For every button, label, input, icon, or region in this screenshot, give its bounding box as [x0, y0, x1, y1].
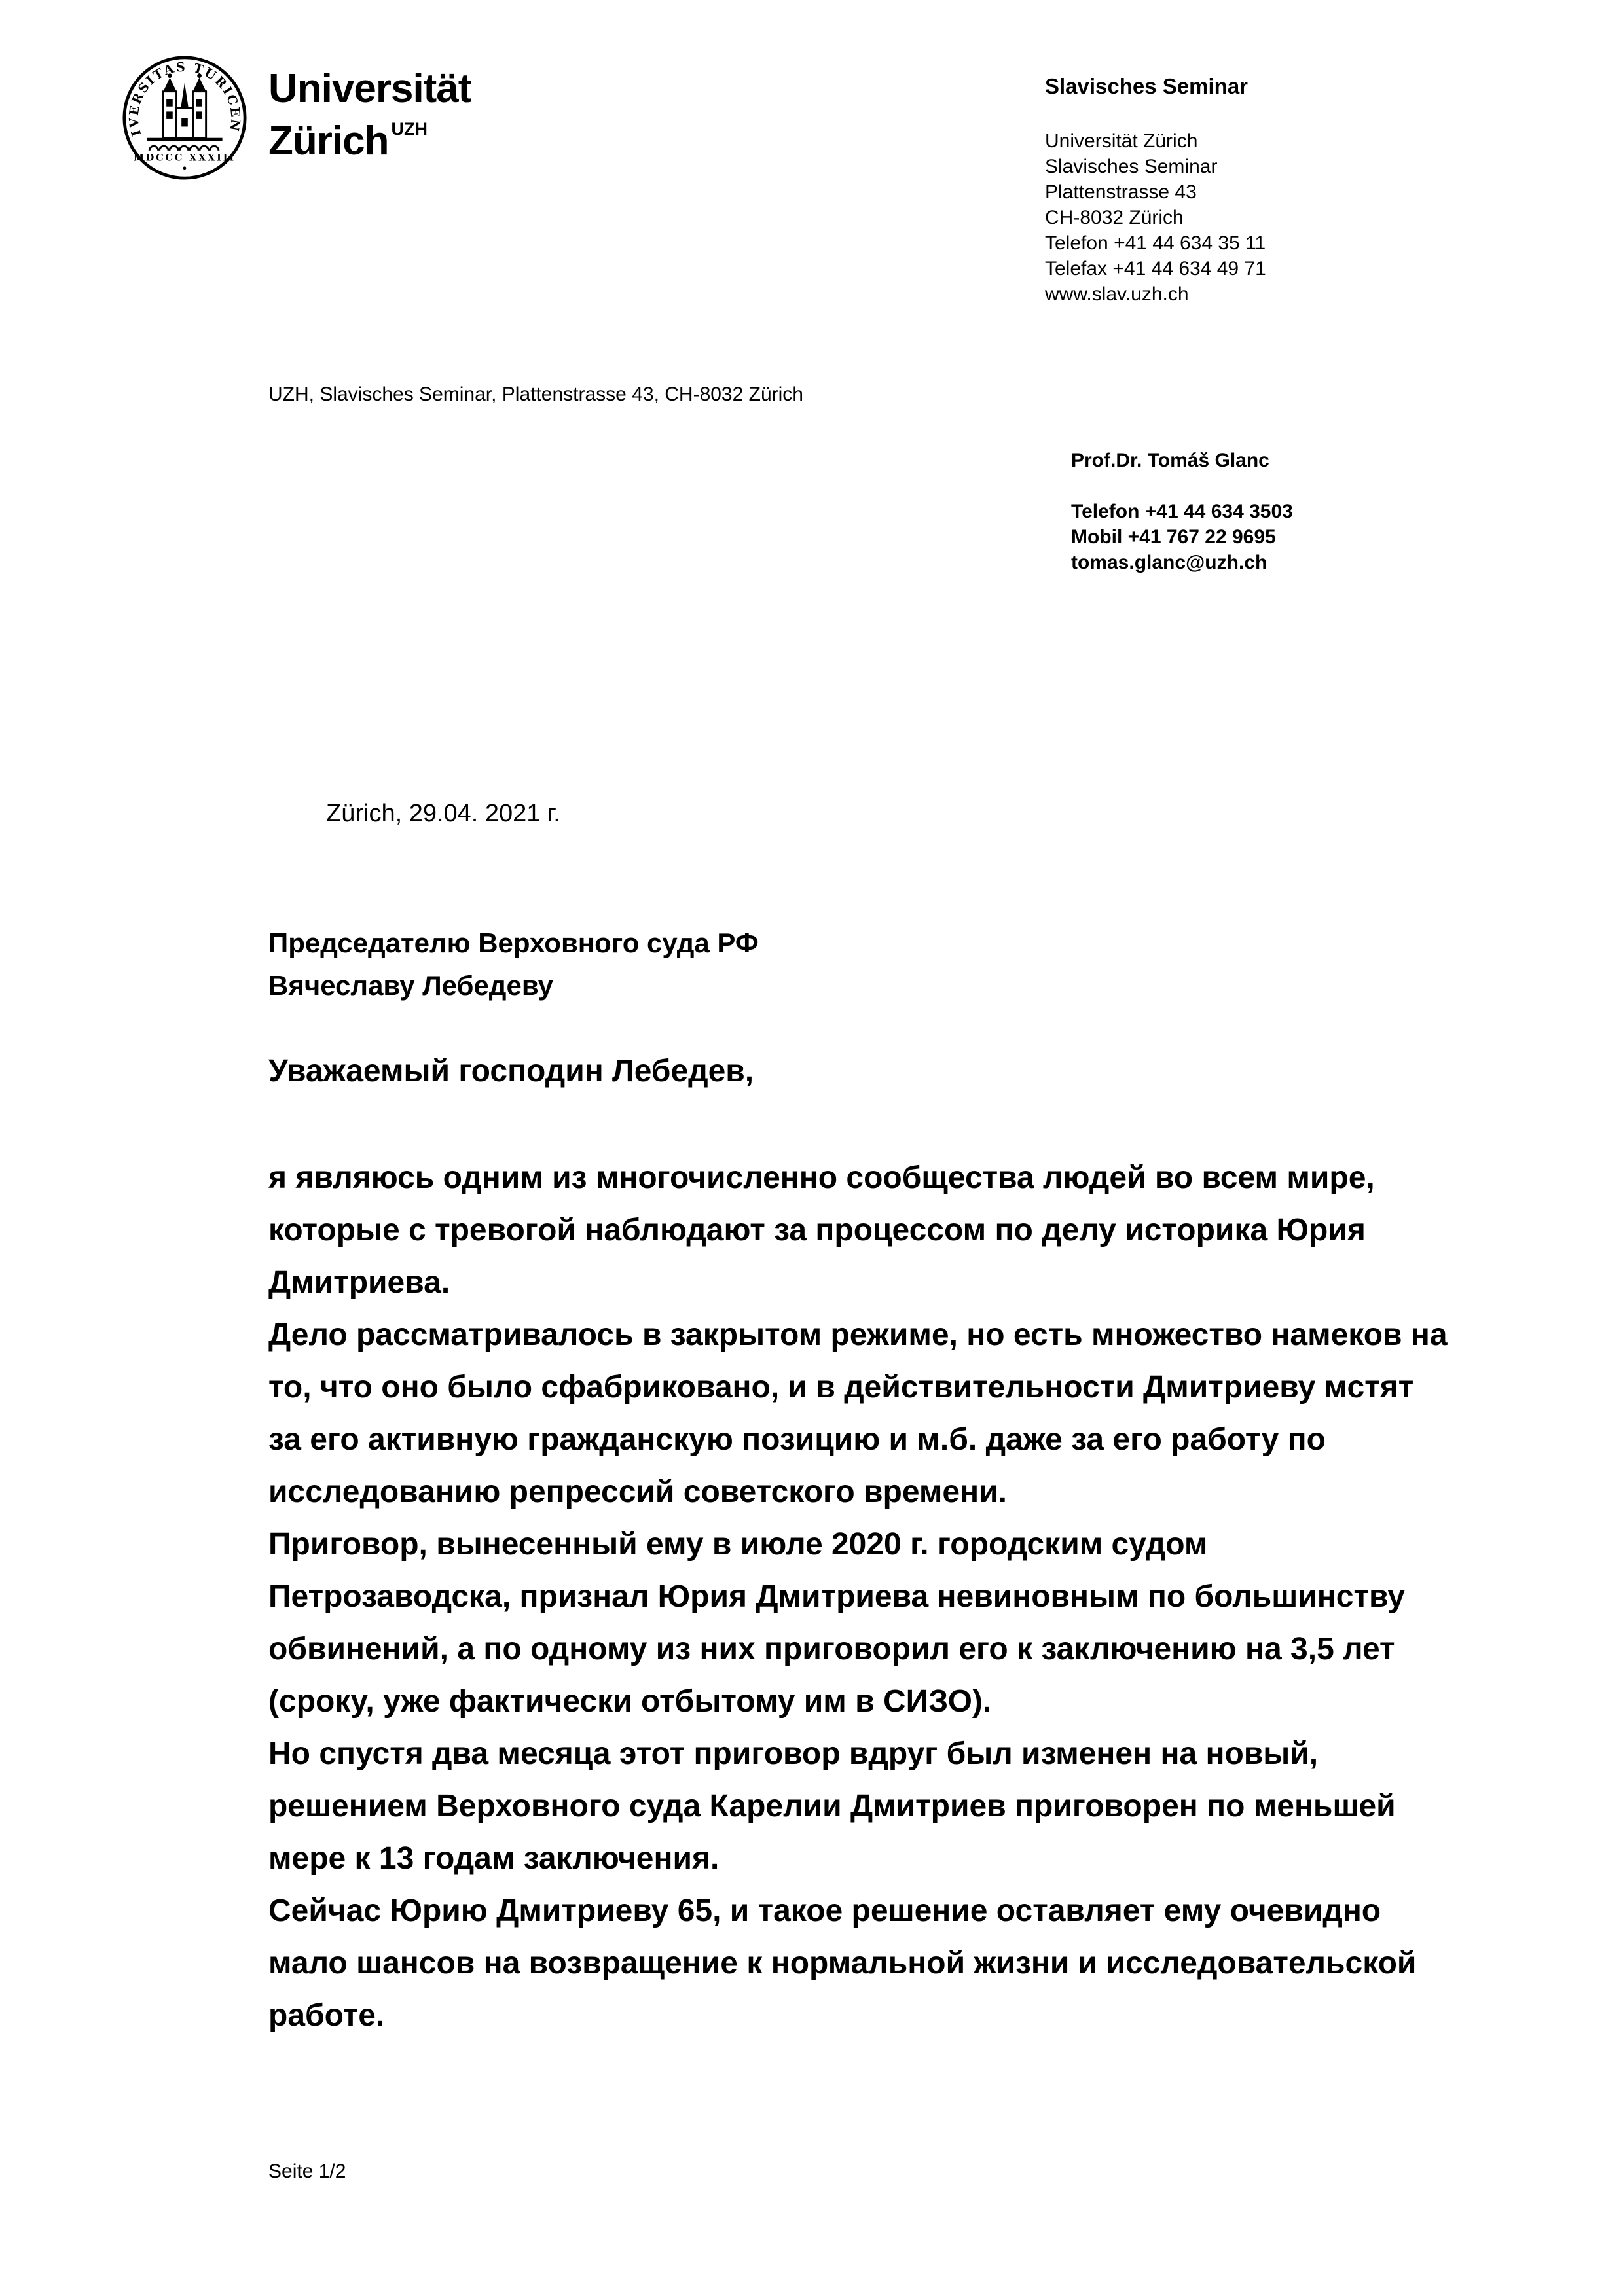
seal-bottom-dot — [183, 166, 187, 170]
letter-body: я являюсь одним из многочисленно сообщес… — [268, 1152, 1552, 2042]
contact-block: Prof.Dr. Tomáš Glanc Telefon +41 44 634 … — [1071, 448, 1293, 575]
seal-church-glyph — [147, 73, 222, 151]
wordmark-line2: ZürichUZH — [268, 115, 471, 175]
seal-year-text: MDCCC XXXIII — [134, 152, 236, 163]
wordmark-line1: Universität — [268, 63, 471, 115]
date-line: Zürich, 29.04. 2021 г. — [326, 800, 560, 827]
uzh-seal-icon: UNIVERSITAS TURICENSIS MDCCC XXXIII — [122, 55, 247, 181]
page-number: Seite 1/2 — [268, 2160, 346, 2183]
salutation: Уважаемый господин Лебедев, — [268, 1052, 754, 1090]
letter-page: UNIVERSITAS TURICENSIS MDCCC XXXIII — [0, 0, 1623, 2296]
wordmark-uzh-sup: UZH — [391, 103, 428, 155]
wordmark-city: Zürich — [268, 118, 388, 164]
department-address: Universität Zürich Slavisches Seminar Pl… — [1045, 128, 1266, 307]
department-title: Slavisches Seminar — [1045, 73, 1248, 99]
sender-line: UZH, Slavisches Seminar, Plattenstrasse … — [268, 383, 803, 406]
uzh-wordmark: Universität ZürichUZH — [268, 63, 471, 175]
addressee-block: Председателю Верховного суда РФ Вячеслав… — [268, 922, 759, 1007]
